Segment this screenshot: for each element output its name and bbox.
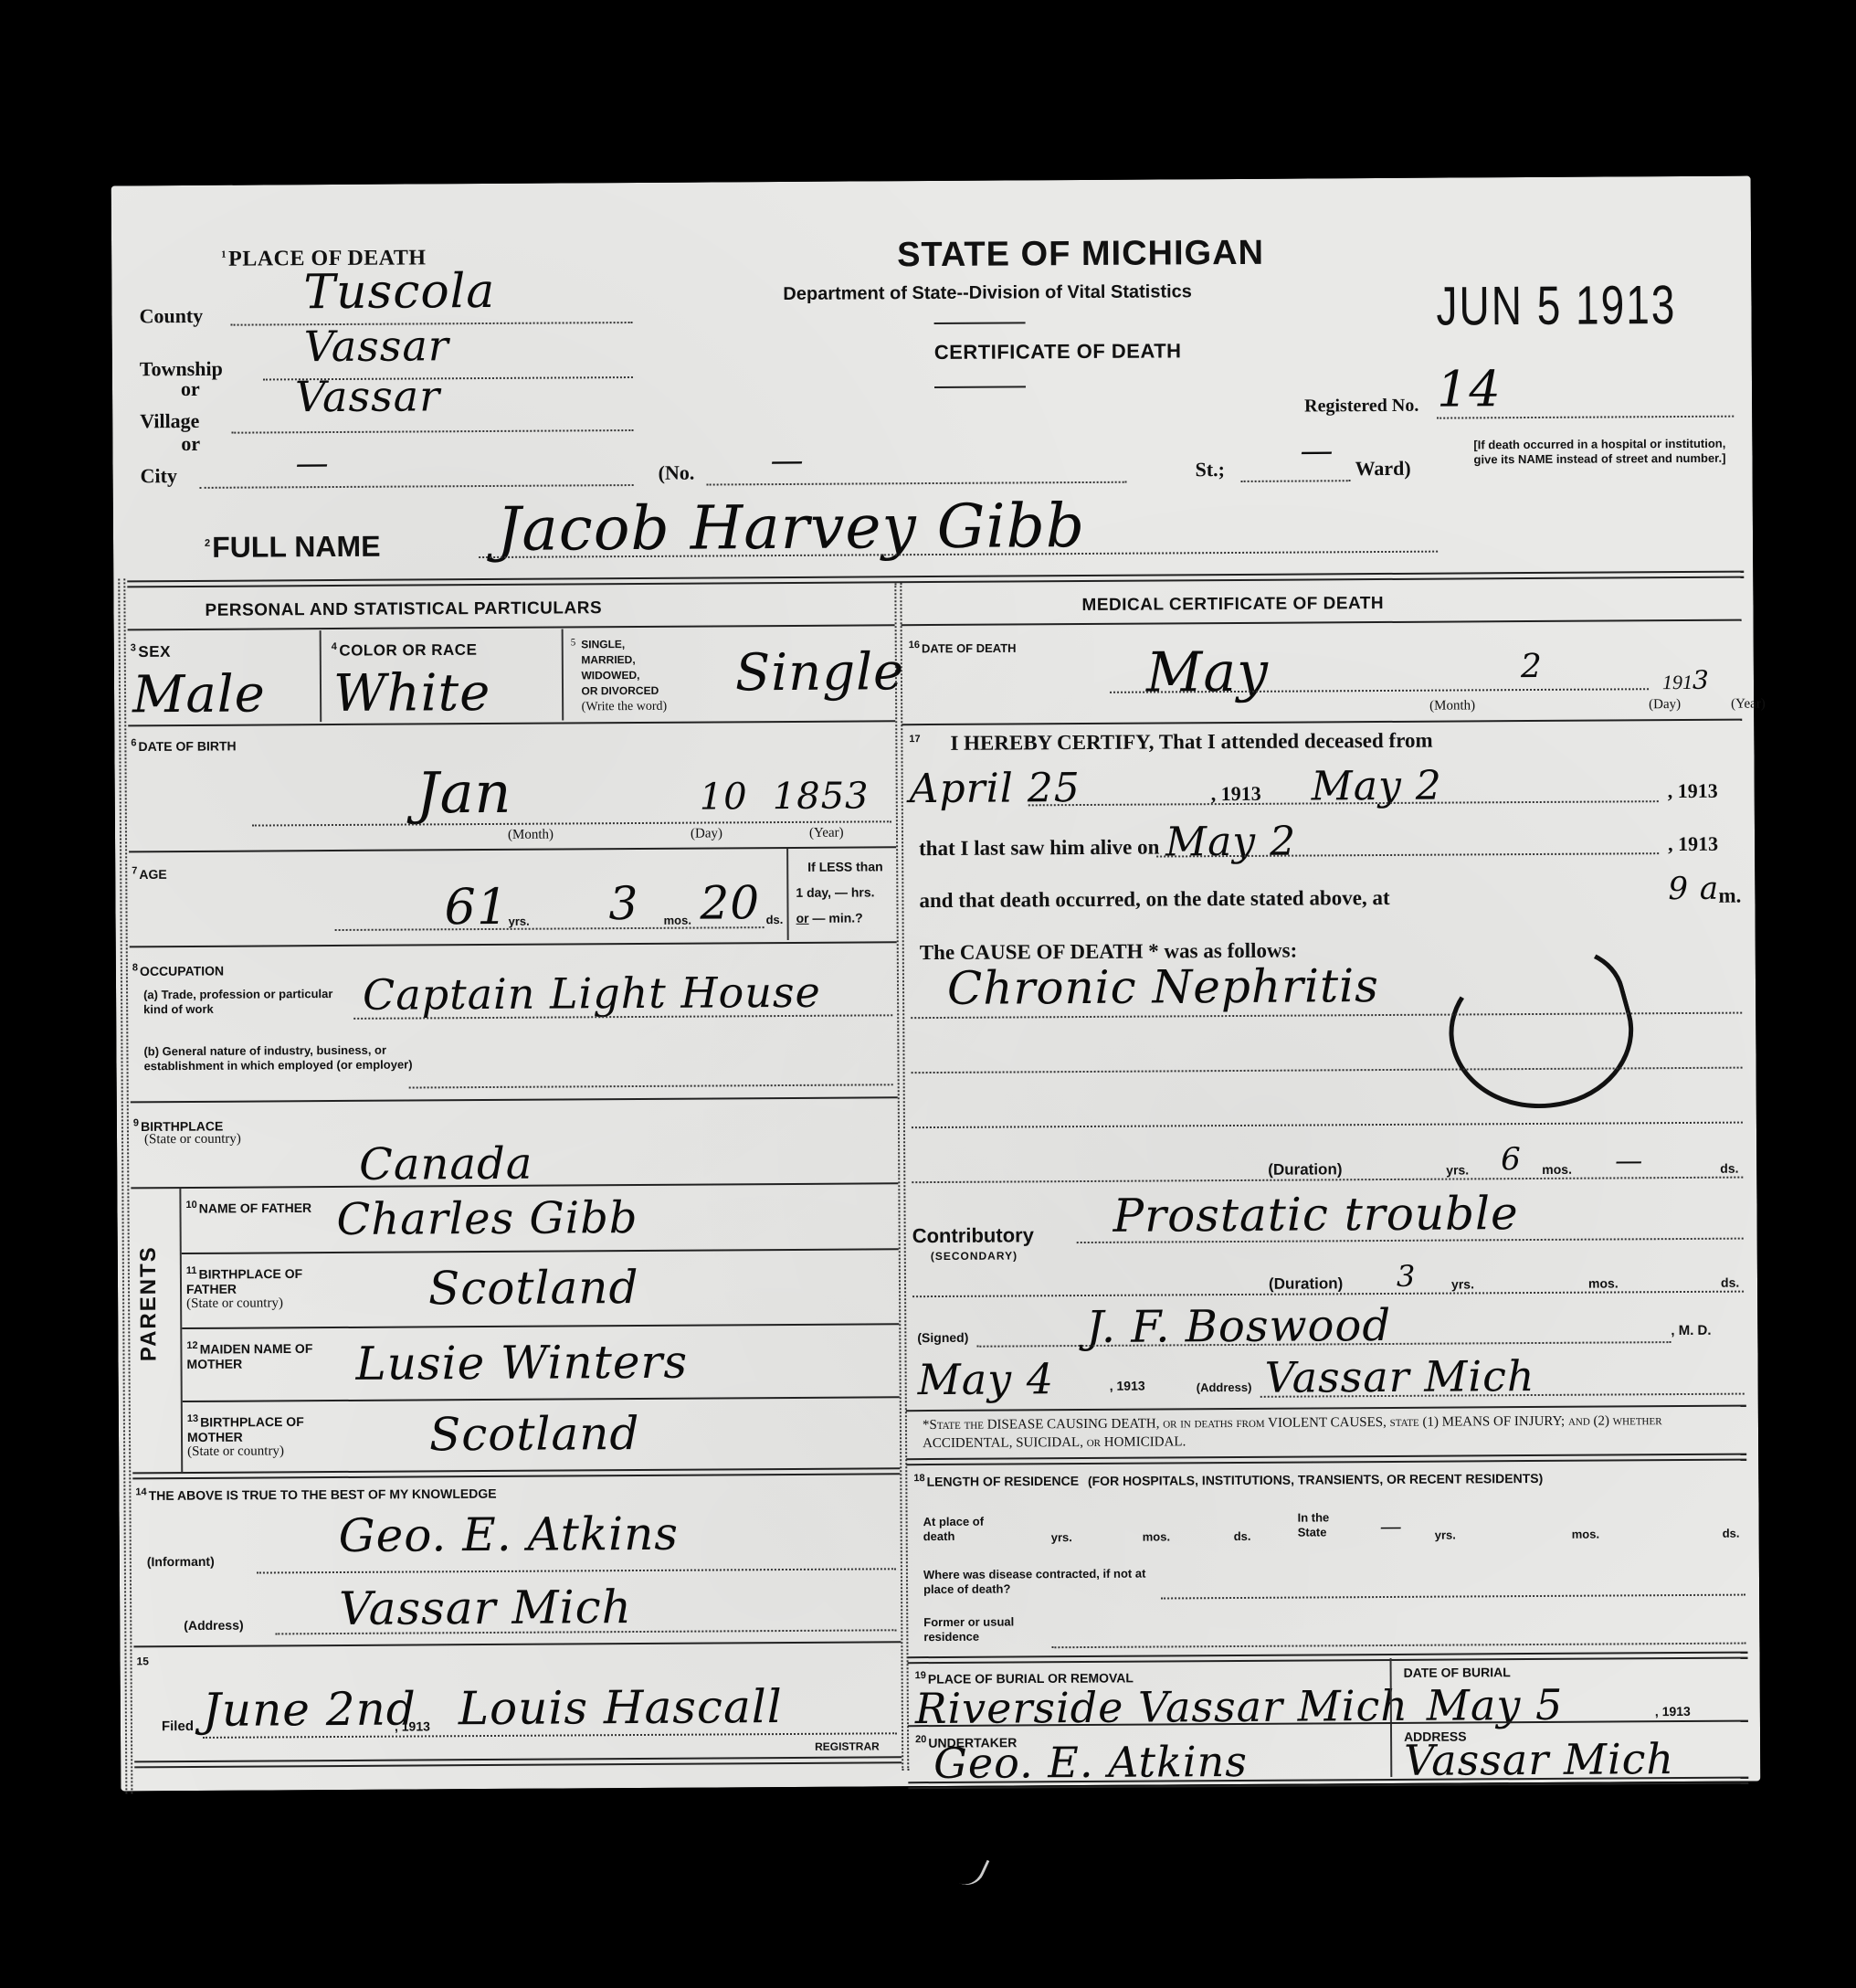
dotted-line xyxy=(1051,1643,1745,1649)
state-years-value: — xyxy=(1380,1514,1403,1539)
contrib-duration-label: (Duration) xyxy=(1269,1274,1343,1293)
certify-statement: I HEREBY CERTIFY, That I attended deceas… xyxy=(950,729,1432,756)
signed-year: , 1913 xyxy=(1110,1379,1145,1393)
registrar-signature: Louis Hascall xyxy=(459,1680,783,1735)
signed-date-value: May 4 xyxy=(917,1354,1054,1404)
physician-address-label: (Address) xyxy=(1197,1380,1252,1394)
death-year-hint: (Year) xyxy=(1731,696,1766,712)
filed-label: Filed xyxy=(162,1718,194,1734)
section-number: 3 xyxy=(131,642,137,653)
cause-footnote: *State the DISEASE CAUSING DEATH, or in … xyxy=(923,1412,1745,1453)
marital-label: 5 SINGLE, MARRIED, WIDOWED, OR DIVORCED … xyxy=(571,637,668,715)
place-mos-label: mos. xyxy=(1143,1529,1170,1544)
duration-ds-label: ds. xyxy=(1720,1161,1738,1176)
hours-value: — xyxy=(835,885,848,900)
last-seen-year: , 1913 xyxy=(1668,832,1718,856)
contrib-years-value: 3 xyxy=(1397,1259,1417,1294)
mother-name-value: Lusie Winters xyxy=(355,1336,688,1391)
or-label: or xyxy=(181,432,200,456)
birth-date-label: 6DATE OF BIRTH xyxy=(131,735,236,754)
divider xyxy=(131,1096,898,1103)
residence-label: 18LENGTH OF RESIDENCE (FOR HOSPITALS, IN… xyxy=(913,1465,1735,1491)
dotted-line xyxy=(200,484,634,489)
burial-year: , 1913 xyxy=(1655,1704,1691,1718)
duration-days-value: — xyxy=(1615,1145,1643,1177)
section-number: 14 xyxy=(135,1486,146,1497)
duration-label: (Duration) xyxy=(1268,1160,1342,1179)
divider xyxy=(906,1405,1746,1412)
dotted-line xyxy=(257,1568,896,1573)
one-day-label: 1 day, xyxy=(796,885,831,900)
township-value: Vassar xyxy=(304,321,449,371)
death-certificate-page: 1PLACE OF DEATH STATE OF MICHIGAN Depart… xyxy=(111,176,1761,1792)
place-yrs-label: yrs. xyxy=(1051,1530,1072,1545)
contributory-label: Contributory xyxy=(912,1223,1034,1248)
occupation-label-text: OCCUPATION xyxy=(140,963,224,978)
state-yrs-label: yrs. xyxy=(1435,1528,1456,1543)
street-no-label: (No. xyxy=(659,461,695,485)
month-hint: (Month) xyxy=(508,828,554,843)
medical-section-title: MEDICAL CERTIFICATE OF DEATH xyxy=(1081,594,1384,616)
or-label: or xyxy=(181,377,200,401)
death-time-label: and that death occurred, on the date sta… xyxy=(919,886,1389,913)
section-number: 11 xyxy=(186,1265,197,1276)
informant-address-label: (Address) xyxy=(184,1618,243,1633)
occupation-a-label: (a) Trade, profession or particular kind… xyxy=(143,987,344,1017)
age-label-text: AGE xyxy=(139,867,166,882)
marital-option: WIDOWED, xyxy=(581,668,667,684)
hospital-note: [If death occurred in a hospital or inst… xyxy=(1473,437,1734,468)
registrar-label: REGISTRAR xyxy=(815,1739,880,1752)
sex-label-text: SEX xyxy=(138,643,171,661)
state-mos-label: mos. xyxy=(1572,1528,1599,1542)
residence-label-text: LENGTH OF RESIDENCE xyxy=(927,1474,1080,1489)
divider xyxy=(902,619,1742,627)
received-date-stamp: JUN 5 1913 xyxy=(1436,272,1676,338)
age-yrs-label: yrs. xyxy=(509,915,530,928)
duration-yrs-label: yrs. xyxy=(1446,1162,1469,1177)
father-birthplace-label-text: BIRTHPLACE OF FATHER xyxy=(186,1266,302,1296)
department-line: Department of State--Division of Vital S… xyxy=(783,281,1192,305)
father-name-value: Charles Gibb xyxy=(336,1192,638,1245)
cause-of-death-value: Chronic Nephritis xyxy=(947,959,1379,1015)
divider xyxy=(934,322,1026,324)
cell-divider xyxy=(786,849,789,940)
sex-value: Male xyxy=(132,664,266,724)
informant-statement-text: THE ABOVE IS TRUE TO THE BEST OF MY KNOW… xyxy=(149,1486,497,1503)
last-seen-label: that I last saw him alive on xyxy=(919,836,1159,862)
contrib-ds-label: ds. xyxy=(1721,1275,1739,1290)
state-ds-label: ds. xyxy=(1723,1527,1740,1541)
dotted-line xyxy=(252,820,891,826)
informant-address-value: Vassar Mich xyxy=(339,1581,632,1635)
section-divider xyxy=(132,1467,900,1479)
marital-option: SINGLE, xyxy=(581,637,667,653)
dotted-line xyxy=(912,1122,1743,1129)
minutes-value: — xyxy=(812,911,825,925)
divider xyxy=(182,1323,899,1329)
section-number: 16 xyxy=(909,640,920,650)
age-label: 7AGE xyxy=(132,863,167,882)
divider xyxy=(183,1396,900,1402)
section-number: 12 xyxy=(186,1340,197,1351)
cell-divider xyxy=(562,629,564,720)
section-number: 6 xyxy=(131,737,136,748)
parents-side-label: PARENTS xyxy=(136,1245,163,1361)
age-ds-label: ds. xyxy=(766,913,784,926)
death-month-value: May xyxy=(1146,640,1270,705)
dotted-line xyxy=(707,481,1127,486)
occupation-label: 8OCCUPATION xyxy=(132,960,224,978)
father-birthplace-label: 11BIRTHPLACE OF FATHER (State or country… xyxy=(186,1263,342,1311)
year-hint: (Year) xyxy=(809,826,844,841)
father-birthplace-value: Scotland xyxy=(428,1261,639,1315)
section-divider xyxy=(127,571,1744,588)
marital-option: MARRIED, xyxy=(581,652,667,669)
contrib-yrs-label: yrs. xyxy=(1451,1276,1474,1291)
section-divider xyxy=(134,1756,902,1768)
former-residence-label: Former or usual residence xyxy=(923,1614,1051,1644)
divider xyxy=(182,1248,899,1254)
section-number: 8 xyxy=(132,962,138,973)
death-time-suffix: m. xyxy=(1718,884,1741,908)
full-name-label-text: FULL NAME xyxy=(212,530,380,564)
village-label: Village xyxy=(140,409,199,433)
birth-day-value: 10 xyxy=(700,776,748,818)
mother-birthplace-label-text: BIRTHPLACE OF MOTHER xyxy=(187,1414,304,1444)
residence-qualifier: (FOR HOSPITALS, INSTITUTIONS, TRANSIENTS… xyxy=(1088,1471,1543,1488)
age-mos-label: mos. xyxy=(664,914,691,927)
certificate-title: CERTIFICATE OF DEATH xyxy=(934,339,1182,365)
marital-hint: (Write the word) xyxy=(582,699,668,715)
hint: (State or country) xyxy=(186,1295,342,1311)
divider xyxy=(902,719,1742,726)
father-name-label: 10NAME OF FATHER xyxy=(185,1197,322,1216)
personal-section-title: PERSONAL AND STATISTICAL PARTICULARS xyxy=(205,598,602,621)
scan-artifact xyxy=(955,1851,990,1890)
death-date-label: 16DATE OF DEATH xyxy=(909,637,1017,656)
column-divider xyxy=(894,583,909,1771)
hint: (State or country) xyxy=(187,1443,343,1459)
or-label: or xyxy=(796,911,809,925)
race-label-text: COLOR OR RACE xyxy=(339,641,477,660)
disease-contracted-label: Where was disease contracted, if not at … xyxy=(923,1567,1161,1598)
death-month-hint: (Month) xyxy=(1429,698,1475,714)
state-title: STATE OF MICHIGAN xyxy=(897,234,1264,275)
father-name-label-text: NAME OF FATHER xyxy=(199,1200,312,1216)
mother-name-label: 12MAIDEN NAME OF MOTHER xyxy=(186,1338,342,1371)
filed-year: , 1913 xyxy=(395,1718,430,1733)
mother-name-label-text: MAIDEN NAME OF MOTHER xyxy=(186,1341,312,1371)
city-label: City xyxy=(141,464,177,488)
death-time-value: 9 a xyxy=(1668,871,1719,907)
section-number: 7 xyxy=(132,865,137,876)
divider xyxy=(133,1641,901,1647)
street-no-value: — xyxy=(770,442,804,480)
cell-divider xyxy=(320,630,322,722)
informant-label: (Informant) xyxy=(147,1554,215,1569)
sex-label: 3SEX xyxy=(131,642,171,661)
signed-label: (Signed) xyxy=(917,1330,968,1345)
death-date-label-text: DATE OF DEATH xyxy=(922,641,1017,656)
section-number: 5 xyxy=(571,637,576,648)
ward-label: Ward) xyxy=(1355,457,1410,481)
age-days-value: 20 xyxy=(700,876,760,929)
at-place-label: At place of death xyxy=(923,1515,997,1544)
full-name-label: 2FULL NAME xyxy=(205,530,381,565)
street-label: St.; xyxy=(1195,458,1225,481)
marital-option: OR DIVORCED xyxy=(581,683,667,700)
md-label: , M. D. xyxy=(1671,1323,1711,1338)
duration-mos-label: mos. xyxy=(1542,1162,1572,1177)
race-value: White xyxy=(333,663,491,724)
less-than-label: If LESS than xyxy=(807,859,883,874)
contributory-value: Prostatic trouble xyxy=(1113,1187,1518,1242)
dotted-line xyxy=(409,1084,893,1088)
parents-divider xyxy=(179,1189,183,1472)
in-state-label: In the State xyxy=(1298,1510,1362,1539)
section-number: 1 xyxy=(221,249,227,260)
cell-divider xyxy=(1390,1658,1393,1777)
section-number: 2 xyxy=(205,538,210,549)
section-number: 13 xyxy=(187,1413,198,1424)
dotted-line xyxy=(1241,480,1351,482)
section-number: 9 xyxy=(133,1117,139,1128)
minutes-label: min.? xyxy=(828,910,862,925)
village-value: Vassar xyxy=(295,371,440,421)
registered-no-value: 14 xyxy=(1437,360,1502,418)
place-ds-label: ds. xyxy=(1234,1529,1251,1544)
informant-value: Geo. E. Atkins xyxy=(339,1507,680,1562)
registered-no-label: Registered No. xyxy=(1304,396,1418,418)
dotted-line xyxy=(1161,1594,1745,1600)
city-value: — xyxy=(295,445,329,482)
section-number: 19 xyxy=(915,1670,926,1681)
attended-to-year: , 1913 xyxy=(1668,779,1718,803)
section-number: 4 xyxy=(332,641,338,652)
contrib-mos-label: mos. xyxy=(1588,1275,1619,1290)
death-year-prefix: 191 xyxy=(1662,671,1693,693)
county-value: Tuscola xyxy=(303,264,495,320)
day-hint: (Day) xyxy=(691,826,722,841)
divider xyxy=(129,846,896,852)
section-number: 18 xyxy=(913,1473,924,1484)
divider xyxy=(934,386,1026,388)
certify-section-number: 17 xyxy=(909,734,920,745)
occupation-a-value: Captain Light House xyxy=(363,968,821,1020)
section-divider xyxy=(906,1454,1746,1466)
birth-date-label-text: DATE OF BIRTH xyxy=(138,738,236,754)
filed-section-number: 15 xyxy=(136,1655,148,1667)
county-label: County xyxy=(139,304,203,328)
checkmark-annotation xyxy=(1432,933,1650,1131)
occupation-b-label: (b) General nature of industry, business… xyxy=(143,1042,417,1073)
burial-date-label: DATE OF BURIAL xyxy=(1404,1665,1511,1680)
divider xyxy=(128,624,895,630)
age-months-value: 3 xyxy=(608,877,638,930)
mother-birthplace-label: 13BIRTHPLACE OF MOTHER (State or country… xyxy=(187,1411,343,1459)
filed-date-value: June 2nd xyxy=(203,1682,417,1736)
ward-value: — xyxy=(1300,432,1334,470)
age-years-value: 61 xyxy=(444,878,509,936)
birthplace-value: Canada xyxy=(359,1138,533,1190)
birthplace-hint: (State or country) xyxy=(144,1132,241,1148)
informant-statement: 14THE ABOVE IS TRUE TO THE BEST OF MY KN… xyxy=(135,1483,496,1503)
race-label: 4COLOR OR RACE xyxy=(332,640,478,661)
dotted-line xyxy=(231,429,633,434)
death-year-suffix: 3 xyxy=(1693,665,1710,695)
death-day-value: 2 xyxy=(1521,648,1543,685)
birth-year-value: 1853 xyxy=(773,775,870,818)
birth-month-value: Jan xyxy=(416,759,511,827)
section-number: 20 xyxy=(915,1734,926,1745)
last-seen-date: May 2 xyxy=(1165,819,1296,866)
section-divider xyxy=(907,1652,1747,1665)
section-number: 10 xyxy=(185,1200,196,1211)
mother-birthplace-value: Scotland xyxy=(429,1407,640,1461)
marital-value: Single xyxy=(735,642,905,703)
secondary-label: (SECONDARY) xyxy=(931,1249,1018,1263)
duration-months-value: 6 xyxy=(1501,1141,1522,1178)
divider xyxy=(130,941,897,947)
death-day-hint: (Day) xyxy=(1649,697,1681,713)
hours-label: hrs. xyxy=(851,884,875,899)
